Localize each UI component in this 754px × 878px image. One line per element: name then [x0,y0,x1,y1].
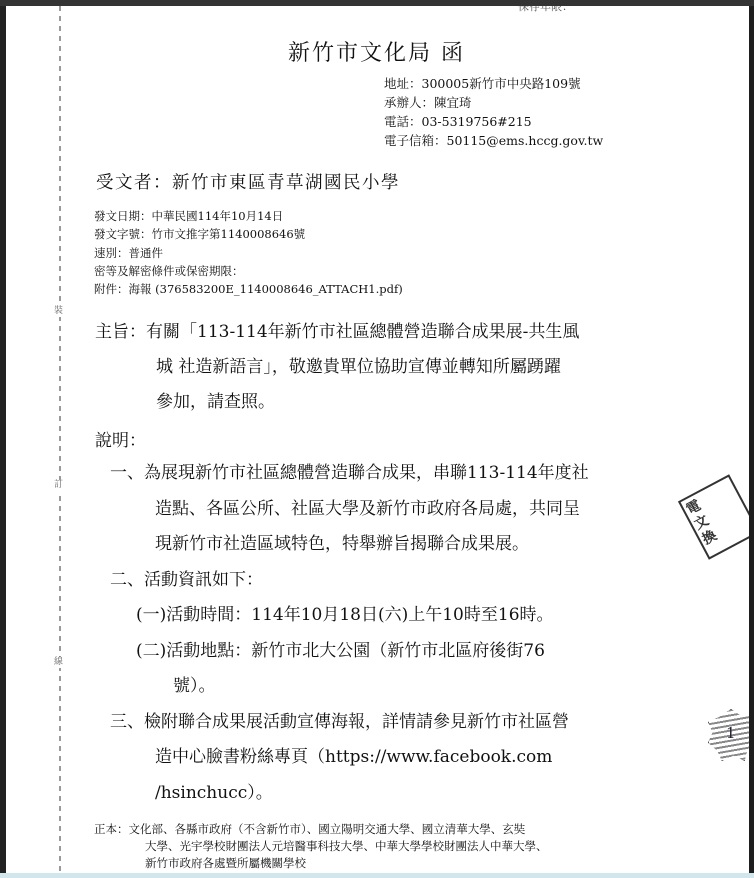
copies-line: 正本：文化部、各縣市政府（不含新竹市）、國立陽明交通大學、國立清華大學、玄奘 [94,821,548,838]
item3-link-line[interactable]: 造中心臉書粉絲專頁（https://www.facebook.com [110,740,690,776]
seal-number: 1 [726,724,736,742]
viewer-bottom-band [0,873,754,878]
contact-block: 地址：300005新竹市中央路109號 承辦人：陳宜琦 電話：03-531975… [384,74,603,150]
item2-line: 二、活動資訊如下： [110,563,690,599]
document-title: 新竹市文化局 函 [288,36,465,67]
previous-page-fragment: 保存年限： [518,6,573,14]
viewer-scrollbar[interactable] [749,6,754,878]
copies-recipients: 正本：文化部、各縣市政府（不含新竹市）、國立陽明交通大學、國立清華大學、玄奘 大… [94,821,548,872]
binding-mark-ding: 訂 [54,480,63,491]
issue-date: 發文日期：中華民國114年10月14日 [94,207,403,225]
copies-line: 大學、光宇學校財團法人元培醫事科技大學、中華大學學校財團法人中華大學、 [94,838,548,855]
recipient: 受文者：新竹市東區青草湖國民小學 [96,169,400,194]
item3-line: 三、檢附聯合成果展活動宣傳海報，詳情請參見新竹市社區營 [110,705,690,741]
copies-line: 新竹市政府各處暨所屬機關學校 [94,855,548,872]
classification: 密等及解密條件或保密期限： [94,262,403,280]
binding-dotted-line [59,6,61,873]
item2-sub-location: (二)活動地點：新竹市北大公園（新竹市北區府後街76 [110,634,690,670]
item2-sub-location-cont: 號）。 [110,669,690,705]
item1-line: 一、為展現新竹市社區總體營造聯合成果，串聯113-114年度社 [110,456,690,492]
email: 電子信箱：50115@ems.hccg.gov.tw [384,131,603,150]
item1-line: 現新竹市社造區域特色，特舉辦旨揭聯合成果展。 [110,527,690,563]
subject-line: 城 社造新語言」，敬邀貴單位協助宣傳並轉知所屬踴躍 [95,350,675,385]
binding-mark-xian: 線 [54,657,63,668]
document-page: 保存年限： 裝 訂 線 新竹市文化局 函 地址：300005新竹市中央路109號… [6,6,749,873]
subject: 主旨：有關「113-114年新竹市社區總體營造聯合成果展-共生風 城 社造新語言… [95,315,675,420]
subject-line: 主旨：有關「113-114年新竹市社區總體營造聯合成果展-共生風 [95,315,675,350]
explanation-label: 說明： [95,426,146,451]
phone: 電話：03-5319756#215 [384,112,603,131]
item1-line: 造點、各區公所、社區大學及新竹市政府各局處，共同呈 [110,492,690,528]
doc-number: 發文字號：竹市文推字第1140008646號 [94,225,403,243]
subject-line: 參加，請查照。 [95,385,675,420]
document-meta: 發文日期：中華民國114年10月14日 發文字號：竹市文推字第114000864… [94,207,403,298]
page-seal-stamp: 1 [708,709,749,761]
item3-link-line[interactable]: /hsinchucc）。 [110,776,690,812]
binding-mark-zhuang: 裝 [54,306,63,317]
explanation-items: 一、為展現新竹市社區總體營造聯合成果，串聯113-114年度社 造點、各區公所、… [110,456,690,811]
attachment: 附件：海報 (376583200E_1140008646_ATTACH1.pdf… [94,280,403,298]
handler: 承辦人：陳宜琦 [384,93,603,112]
item2-sub-time: (一)活動時間：114年10月18日(六)上午10時至16時。 [110,598,690,634]
speed: 速別：普通件 [94,244,403,262]
address: 地址：300005新竹市中央路109號 [384,74,603,93]
